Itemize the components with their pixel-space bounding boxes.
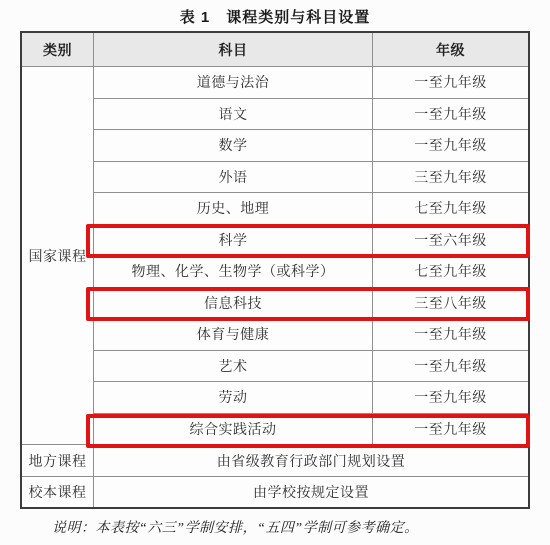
subject-cell: 语文	[93, 98, 372, 130]
grade-cell: 一至九年级	[372, 98, 528, 130]
course-table: 类别 科目 年级 国家课程 道德与法治 一至九年级 语文 一至九年级 数学 一至…	[20, 31, 530, 509]
grade-cell: 一至九年级	[372, 318, 528, 350]
category-cell-national: 国家课程	[22, 66, 93, 444]
grade-cell-practice-activity: 一至九年级	[372, 413, 528, 445]
page-title: 表 1 课程类别与科目设置	[0, 6, 550, 27]
subject-cell: 艺术	[93, 350, 372, 382]
grade-cell: 七至九年级	[372, 192, 528, 224]
subject-cell: 道德与法治	[93, 66, 372, 98]
subject-cell: 物理、化学、生物学（或科学）	[93, 255, 372, 287]
grade-cell-science: 一至六年级	[372, 224, 528, 256]
category-cell-local: 地方课程	[22, 444, 93, 476]
header-category: 类别	[22, 33, 93, 66]
school-curriculum-value: 由学校按规定设置	[93, 476, 528, 507]
subject-cell-science: 科学	[93, 224, 372, 256]
course-table-grid: 类别 科目 年级 国家课程 道德与法治 一至九年级 语文 一至九年级 数学 一至…	[22, 33, 528, 507]
subject-cell: 数学	[93, 129, 372, 161]
grade-cell: 一至九年级	[372, 381, 528, 413]
subject-cell: 外语	[93, 161, 372, 193]
grade-cell: 一至九年级	[372, 129, 528, 161]
local-curriculum-value: 由省级教育行政部门规划设置	[93, 444, 528, 476]
grade-cell-information-technology: 三至八年级	[372, 287, 528, 319]
subject-cell: 劳动	[93, 381, 372, 413]
subject-cell: 历史、地理	[93, 192, 372, 224]
note-text: 说明：本表按“六三”学制安排，“五四”学制可参考确定。	[52, 517, 419, 537]
header-grade: 年级	[372, 33, 528, 66]
header-subject: 科目	[93, 33, 372, 66]
subject-cell-practice-activity: 综合实践活动	[93, 413, 372, 445]
subject-cell: 体育与健康	[93, 318, 372, 350]
subject-cell-information-technology: 信息科技	[93, 287, 372, 319]
document-page: 表 1 课程类别与科目设置 类别 科目 年级 国家课程 道德与法治 一至九年级 …	[0, 0, 550, 545]
grade-cell: 三至九年级	[372, 161, 528, 193]
grade-cell: 一至九年级	[372, 350, 528, 382]
grade-cell: 一至九年级	[372, 66, 528, 98]
category-cell-school: 校本课程	[22, 476, 93, 507]
grade-cell: 七至九年级	[372, 255, 528, 287]
